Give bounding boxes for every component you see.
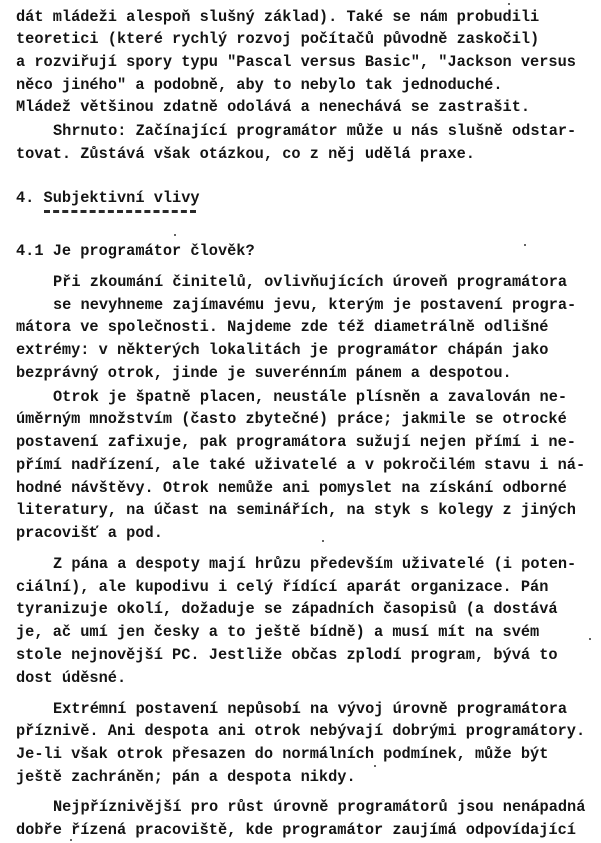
text-line: Otrok je špatně placen, neustále plísněn… bbox=[53, 388, 567, 406]
text-line: tyranizuje okolí, dožaduje se západních … bbox=[16, 600, 558, 618]
text-line: extrémy: v některých lokalitách je progr… bbox=[16, 341, 548, 359]
text-line: tovat. Zůstává však otázkou, co z něj ud… bbox=[16, 145, 475, 163]
text-line: Je-li však otrok přesazen do normálních … bbox=[16, 745, 548, 763]
section-heading-underline bbox=[44, 210, 196, 213]
scan-speck bbox=[589, 638, 591, 640]
text-line: Mládež většinou zdatně odolává a nenechá… bbox=[16, 98, 530, 116]
text-line: Při zkoumání činitelů, ovlivňujících úro… bbox=[53, 273, 567, 291]
text-line: a rozviřují spory typu "Pascal versus Ba… bbox=[16, 53, 576, 71]
text-line: dobře řízená pracoviště, kde programátor… bbox=[16, 821, 576, 839]
text-line: ještě zachráněn; pán a despota nikdy. bbox=[16, 768, 356, 786]
section-heading: 4. Subjektivní vlivy bbox=[16, 189, 200, 207]
text-line: úměrným množstvím (často zbytečné) práce… bbox=[16, 410, 567, 428]
scan-speck bbox=[508, 3, 510, 5]
text-line: pracovišť a pod. bbox=[16, 524, 163, 542]
scan-speck bbox=[70, 839, 72, 841]
scan-speck bbox=[524, 244, 526, 246]
text-line: stole nejnovější PC. Jestliže občas zplo… bbox=[16, 646, 558, 664]
text-line: se nevyhneme zajímavému jevu, kterým je … bbox=[53, 296, 576, 314]
scan-speck bbox=[174, 234, 176, 236]
scan-speck bbox=[374, 765, 376, 767]
text-line: bezprávný otrok, jinde je suverénním pán… bbox=[16, 364, 512, 382]
text-line: dát mládeži alespoň slušný základ). Také… bbox=[16, 8, 539, 26]
text-line: literatury, na účast na seminářích, na s… bbox=[16, 501, 576, 519]
text-line: mátora ve společnosti. Najdeme zde též d… bbox=[16, 318, 548, 336]
text-line: přímí nadřízení, ale také uživatelé a v … bbox=[16, 456, 585, 474]
text-line: teoretici (které rychlý rozvoj počítačů … bbox=[16, 30, 539, 48]
text-line: něco jiného" a podobně, aby to nebylo ta… bbox=[16, 76, 503, 94]
text-line: postavení zafixuje, pak programátora suž… bbox=[16, 433, 576, 451]
text-line: hodné návštěvy. Otrok nemůže ani pomysle… bbox=[16, 479, 567, 497]
text-line: dost úděsné. bbox=[16, 669, 126, 687]
text-line: Shrnuto: Začínající programátor může u n… bbox=[53, 122, 576, 140]
text-line: ciální), ale kupodivu i celý řídící apar… bbox=[16, 578, 548, 596]
text-line: Z pána a despoty mají hrůzu především už… bbox=[53, 555, 576, 573]
text-line: příznivě. Ani despota ani otrok nebývají… bbox=[16, 722, 585, 740]
typewritten-page: dát mládeži alespoň slušný základ). Také… bbox=[0, 0, 601, 843]
subsection-heading: 4.1 Je programátor člověk? bbox=[16, 242, 255, 260]
text-line: Extrémní postavení nepůsobí na vývoj úro… bbox=[53, 700, 567, 718]
scan-speck bbox=[322, 540, 324, 542]
text-line: Nejpříznivější pro růst úrovně programát… bbox=[53, 798, 585, 816]
text-line: je, ač umí jen česky a to ještě bídně) a… bbox=[16, 623, 539, 641]
